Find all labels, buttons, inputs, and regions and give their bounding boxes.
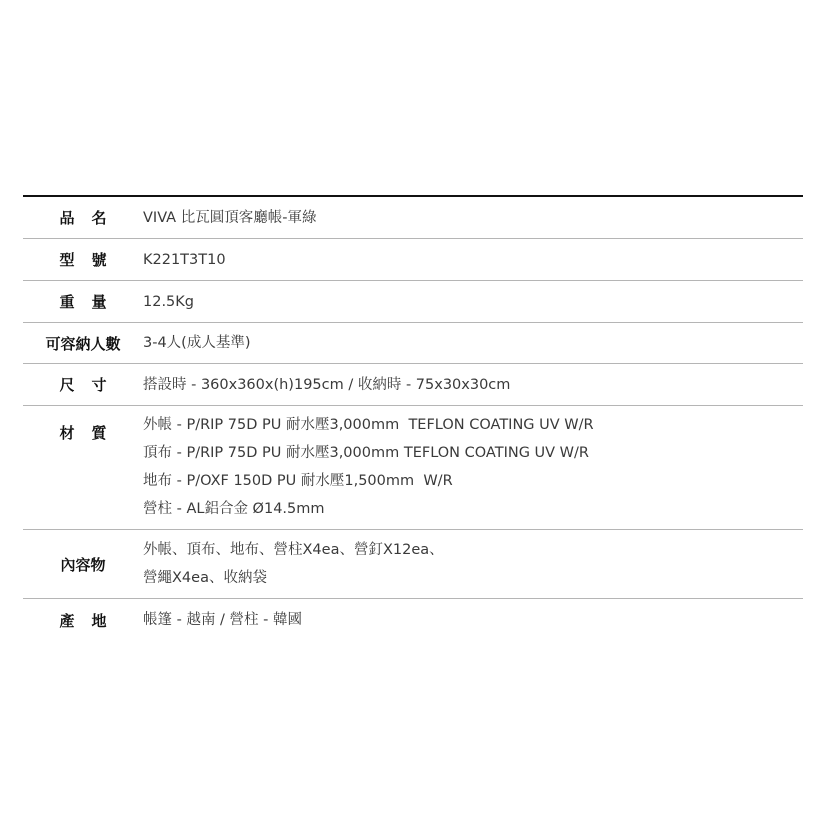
label-char: 量 [92,291,107,312]
value-line: K221T3T10 [143,246,803,274]
label-char: 寸 [92,374,107,395]
spec-row-origin: 產地 帳篷 - 越南 / 營柱 - 韓國 [23,599,803,641]
label-char: 尺 [59,374,74,395]
label-char: 地 [92,610,107,631]
value-line: 頂布 - P/RIP 75D PU 耐水壓3,000mm TEFLON COAT… [143,439,803,467]
spec-label: 型號 [23,249,143,270]
value-line: 搭設時 - 360x360x(h)195cm / 收納時 - 75x30x30c… [143,371,803,399]
spec-row-weight: 重量 12.5Kg [23,281,803,323]
spec-value: K221T3T10 [143,246,803,274]
label-text: 可容納人數 [45,333,120,354]
spec-row-capacity: 可容納人數 3-4人(成人基準) [23,323,803,364]
spec-label: 可容納人數 [23,333,143,354]
label-char: 材 [59,422,74,443]
label-char: 品 [59,207,74,228]
spec-label: 品名 [23,207,143,228]
spec-value: 3-4人(成人基準) [143,329,803,357]
spec-label: 產地 [23,610,143,631]
spec-value: 帳篷 - 越南 / 營柱 - 韓國 [143,606,803,634]
value-line: 外帳、頂布、地布、營柱X4ea、營釘X12ea、 [143,536,803,564]
spec-row-model-number: 型號 K221T3T10 [23,239,803,281]
value-line: VIVA 比瓦圓頂客廳帳-軍綠 [143,204,803,232]
value-line: 外帳 - P/RIP 75D PU 耐水壓3,000mm TEFLON COAT… [143,411,803,439]
spec-value: 12.5Kg [143,288,803,316]
value-line: 營柱 - AL鋁合金 Ø14.5mm [143,495,803,523]
spec-row-dimensions: 尺寸 搭設時 - 360x360x(h)195cm / 收納時 - 75x30x… [23,364,803,406]
spec-row-product-name: 品名 VIVA 比瓦圓頂客廳帳-軍綠 [23,197,803,239]
value-line: 3-4人(成人基準) [143,329,803,357]
label-char: 產 [59,610,74,631]
value-line: 地布 - P/OXF 150D PU 耐水壓1,500mm W/R [143,467,803,495]
label-char: 型 [59,249,74,270]
spec-value: 搭設時 - 360x360x(h)195cm / 收納時 - 75x30x30c… [143,371,803,399]
label-char: 重 [59,291,74,312]
value-line: 營繩X4ea、收納袋 [143,564,803,592]
spec-value: 外帳、頂布、地布、營柱X4ea、營釘X12ea、 營繩X4ea、收納袋 [143,536,803,592]
product-spec-table: 品名 VIVA 比瓦圓頂客廳帳-軍綠 型號 K221T3T10 重量 12.5K… [23,195,803,641]
spec-label: 尺寸 [23,374,143,395]
value-line: 12.5Kg [143,288,803,316]
label-char: 名 [92,207,107,228]
spec-label: 內容物 [23,554,143,575]
spec-value: VIVA 比瓦圓頂客廳帳-軍綠 [143,204,803,232]
spec-row-contents: 內容物 外帳、頂布、地布、營柱X4ea、營釘X12ea、 營繩X4ea、收納袋 [23,530,803,599]
spec-value: 外帳 - P/RIP 75D PU 耐水壓3,000mm TEFLON COAT… [143,406,803,523]
label-char: 號 [92,249,107,270]
label-text: 內容物 [60,554,105,575]
label-char: 質 [92,422,107,443]
spec-label: 材質 [23,406,143,443]
spec-label: 重量 [23,291,143,312]
value-line: 帳篷 - 越南 / 營柱 - 韓國 [143,606,803,634]
spec-row-material: 材質 外帳 - P/RIP 75D PU 耐水壓3,000mm TEFLON C… [23,406,803,530]
